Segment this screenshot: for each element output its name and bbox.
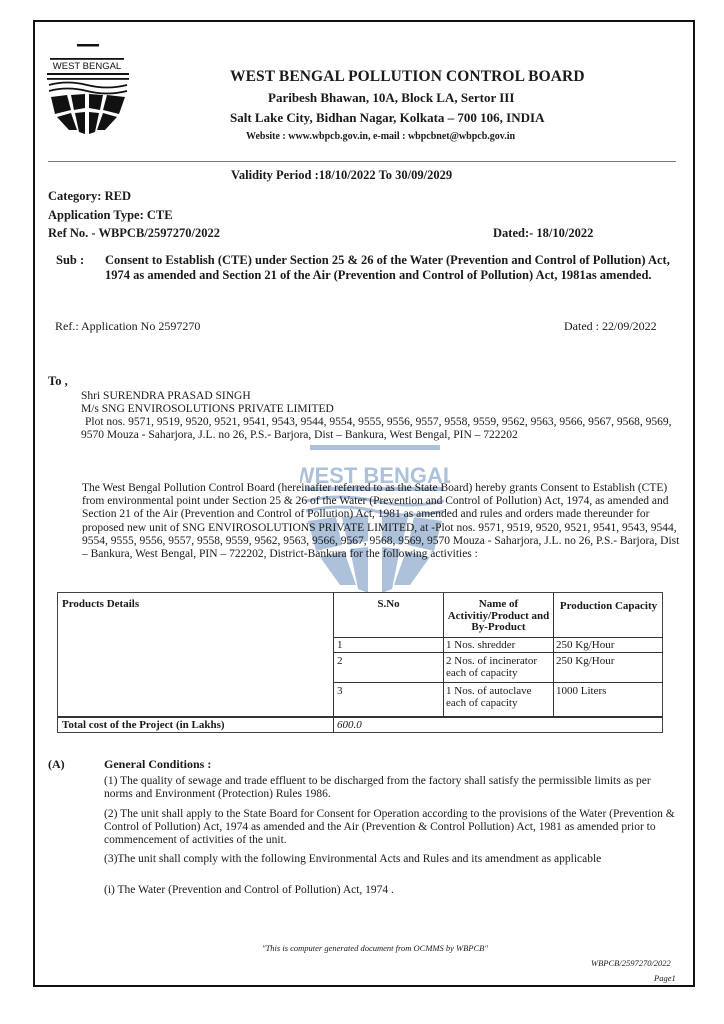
table-row-capacity: 250 Kg/Hour [556,640,614,652]
condition-item: (1) The quality of sewage and trade effl… [104,775,679,801]
org-address-line2: Salt Lake City, Bidhan Nagar, Kolkata – … [230,110,544,126]
products-details-label: Products Details [62,599,139,611]
page-number: Page1 [654,973,676,983]
to-label: To , [48,374,68,389]
consent-paragraph: The West Bengal Pollution Control Board … [82,482,680,561]
col-header-capacity: Production Capacity [556,601,661,613]
col-header-activity: Name of Activitiy/Product and By-Product [446,599,551,634]
col-header-sno: S.No [334,599,443,611]
recipient-name: Shri SURENDRA PRASAD SINGH [81,390,251,403]
condition-item: (i) The Water (Prevention and Control of… [104,884,679,897]
application-date: Dated : 22/09/2022 [564,319,657,334]
table-row-activity: 2 Nos. of incinerator each of capacity [446,656,551,679]
total-cost-value: 600.0 [337,720,362,732]
subject-text: Consent to Establish (CTE) under Section… [105,253,675,283]
footer-note: "This is computer generated document fro… [262,943,488,953]
org-contact-line: Website : www.wbpcb.gov.in, e-mail : wbp… [246,131,515,142]
general-conditions-title: General Conditions : [104,757,211,772]
section-label: (A) [48,757,65,772]
validity-period: Validity Period :18/10/2022 To 30/09/202… [231,168,452,183]
products-table: Products Details S.No Name of Activitiy/… [57,592,663,733]
table-row-sno: 1 [337,640,343,652]
table-row-sno: 3 [337,686,343,698]
table-row-activity: 1 Nos. of autoclave each of capacity [446,686,551,709]
table-row-activity: 1 Nos. shredder [446,640,551,652]
org-address-line1: Paribesh Bhawan, 10A, Block LA, Sertor I… [268,90,514,106]
table-row-capacity: 1000 Liters [556,686,606,698]
table-row-sno: 2 [337,656,343,668]
recipient-company: M/s SNG ENVIROSOLUTIONS PRIVATE LIMITED [81,403,334,416]
org-name: WEST BENGAL POLLUTION CONTROL BOARD [230,68,585,86]
header-divider [48,161,676,162]
category: Category: RED [48,189,131,204]
dated: Dated:- 18/10/2022 [493,226,593,241]
recipient-address: Plot nos. 9571, 9519, 9520, 9521, 9541, … [81,416,679,442]
ref-no: Ref No. - WBPCB/2597270/2022 [48,226,220,241]
subject-label: Sub : [56,253,84,268]
application-reference: Ref.: Application No 2597270 [55,319,200,334]
application-type: Application Type: CTE [48,208,173,223]
table-row-capacity: 250 Kg/Hour [556,656,614,668]
wbpcb-logo-icon: WEST BENGAL [47,44,137,154]
footer-ref: WBPCB/2597270/2022 [591,958,671,968]
total-cost-label: Total cost of the Project (in Lakhs) [62,720,225,732]
condition-item: (2) The unit shall apply to the State Bo… [104,808,679,847]
svg-text:WEST BENGAL: WEST BENGAL [53,61,121,72]
condition-item: (3)The unit shall comply with the follow… [104,853,679,866]
